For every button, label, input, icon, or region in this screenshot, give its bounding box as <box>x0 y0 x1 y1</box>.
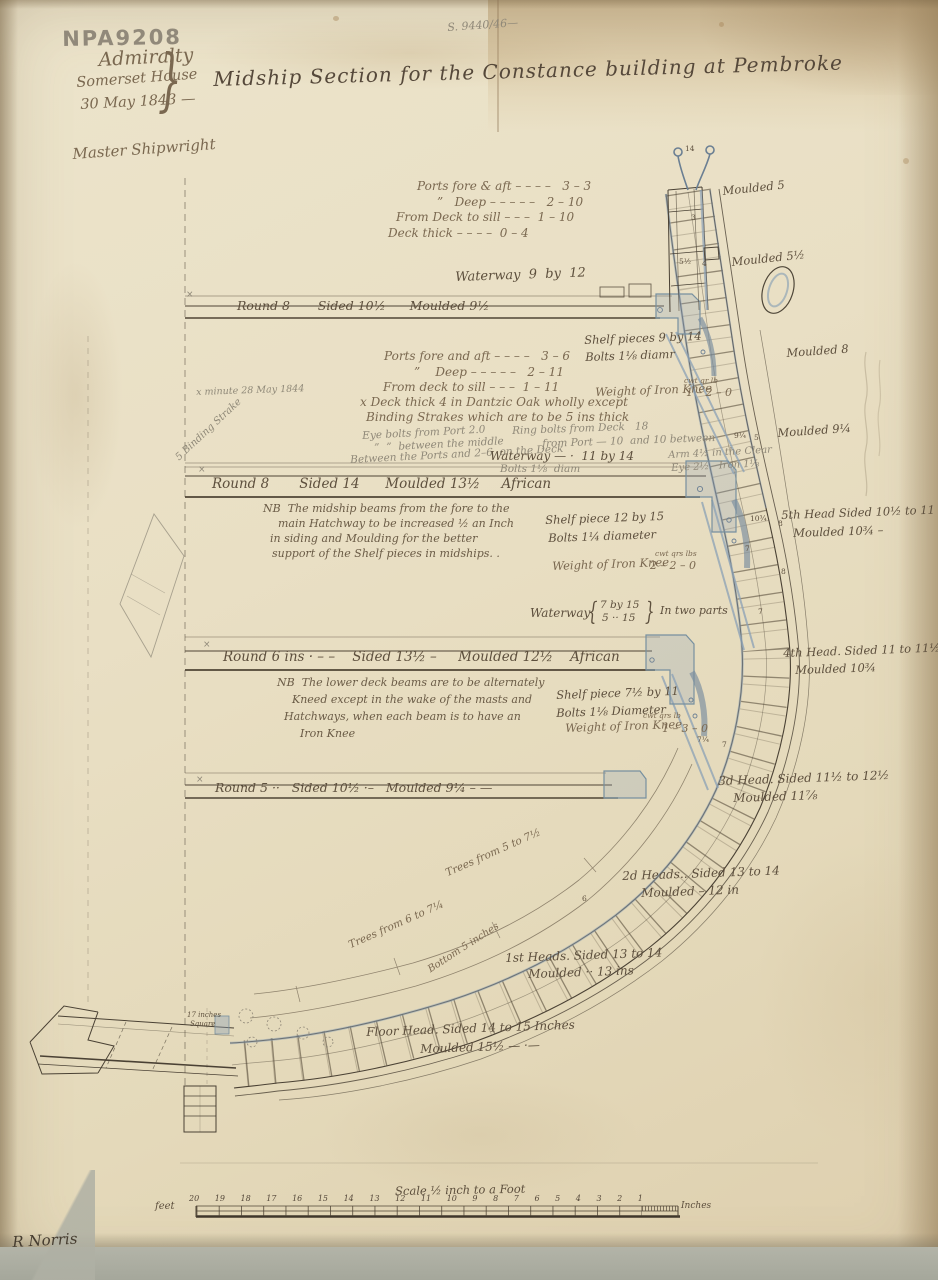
scale-feet-numbers: 20 19 18 17 16 15 14 13 12 11 10 9 8 7 6… <box>189 1194 643 1203</box>
frame-number: 5½ <box>679 258 691 266</box>
shelf1-knee-value: 1 – 2 – 0 <box>686 387 732 399</box>
arm-note-2: Eye 2½ Iron 1⅛ <box>671 458 760 474</box>
scale-foot-number: 7 <box>514 1194 519 1203</box>
main-waterway-bolts: Bolts 1⅛ diam <box>500 464 580 476</box>
frame-number: 7¼ <box>697 736 709 744</box>
nb2-line3: Hatchways, when each beam is to have an <box>284 711 521 723</box>
head1-line2: Moulded ·· 13 ins <box>528 964 634 981</box>
nb2-line4: Iron Knee <box>300 728 355 740</box>
deck2-scantling-label: Round 8 Sided 14 Moulded 13½ African <box>212 477 551 492</box>
frame-number: 5 <box>754 434 759 442</box>
scale-feet-label: feet <box>155 1201 175 1212</box>
deck-end-cross: × <box>198 466 206 476</box>
shelf2-bolts: Bolts 1¼ diameter <box>548 528 656 544</box>
binding-strake-note: 5 Binding Strake <box>173 396 243 463</box>
upper-dims-line3: From Deck to sill – – – 1 – 10 <box>396 211 574 224</box>
nb1-line4: support of the Shelf pieces in midships.… <box>272 548 500 560</box>
upper-waterway-note: Waterway 9 by 12 <box>455 266 586 285</box>
head5-line2: Moulded 10¾ – <box>793 524 884 540</box>
head5-line1: 5th Head Sided 10½ to 11 <box>781 504 935 522</box>
main-dims-line2: ” Deep – – – – – 2 – 11 <box>414 366 564 379</box>
mid-waterway-label: Waterway <box>530 607 590 620</box>
shelf2-knee-value: 2 – 2 – 0 <box>650 560 696 572</box>
floor-head-line2: Moulded 15½ — ·— <box>420 1039 540 1056</box>
mid-waterway-note: In two parts <box>660 605 728 617</box>
master-shipwright-label: Master Shipwright <box>72 136 216 162</box>
nb1-line1: NB The midship beams from the fore to th… <box>263 503 510 515</box>
floor-head-line1: Floor Head. Sided 14 to 15 Inches <box>366 1019 575 1039</box>
scale-foot-number: 4 <box>576 1194 581 1203</box>
shelf1-bolts: Bolts 1⅛ diamr <box>585 348 675 364</box>
frame-number: 6 <box>582 895 587 903</box>
frame-number: 4 <box>702 260 707 268</box>
nb2-line2: Kneed except in the wake of the masts an… <box>292 694 532 706</box>
deck-end-cross: × <box>186 291 194 301</box>
frame-number: 10¾ <box>750 515 767 523</box>
frame-number: 9¼ <box>734 432 746 440</box>
scale-foot-number: 19 <box>215 1194 225 1203</box>
frame-number: 3 <box>691 214 696 222</box>
scale-foot-number: 8 <box>493 1194 498 1203</box>
deck4-scantling-label: Round 5 ·· Sided 10½ ·– Moulded 9¼ – — <box>215 781 492 795</box>
scale-foot-number: 12 <box>395 1194 405 1203</box>
mid-waterway-option2: 5 ·· 15 <box>602 613 635 625</box>
shelf1-knee-units: cwt qr lb <box>684 377 718 385</box>
main-waterway-note: Waterway — · 11 by 14 <box>490 450 634 463</box>
shelf2-knee-units: cwt qrs lbs <box>655 550 697 558</box>
shelf3-knee-units: cwt qrs lb <box>643 712 681 720</box>
scale-foot-number: 15 <box>318 1194 328 1203</box>
top-timber-mark: 14 <box>685 145 695 153</box>
nb1-line3: in siding and Moulding for the better <box>270 533 477 545</box>
nb1-line2: main Hatchway to be increased ½ an Inch <box>278 518 514 530</box>
frame-number: 7 <box>758 608 763 616</box>
scale-foot-number: 3 <box>596 1194 601 1203</box>
scale-foot-number: 13 <box>369 1194 379 1203</box>
upper-dims-line4: Deck thick – – – – 0 – 4 <box>388 227 529 240</box>
drawing-sheet: NPA9208 S. 9440/46— Admiralty Somerset H… <box>0 0 938 1280</box>
stamp-brace: } <box>158 44 182 119</box>
head2-line2: Moulded – 12 in <box>641 884 739 901</box>
mid-waterway-brace-right: } <box>645 598 655 626</box>
annotations: NPA9208 S. 9440/46— Admiralty Somerset H… <box>0 0 938 1280</box>
deck1-scantling-label: Round 8 Sided 10½ Moulded 9½ <box>237 299 489 313</box>
deck-end-cross: × <box>203 641 211 651</box>
diagonal-label-2: Trees from 6 to 7¼ <box>347 899 445 951</box>
head2-line1: 2d Heads.. Sided 13 to 14 <box>622 864 780 883</box>
reference-number: S. 9440/46— <box>447 17 519 34</box>
main-dims-line4: x Deck thick 4 in Dantzic Oak wholly exc… <box>360 396 628 409</box>
scale-foot-number: 10 <box>447 1194 457 1203</box>
head4-line1: 4th Head. Sided 11 to 11½ <box>783 642 938 660</box>
keel-square-line2: Square <box>190 1021 215 1029</box>
signature: R Norris <box>12 1231 78 1251</box>
nb2-line1: NB The lower deck beams are to be altern… <box>277 677 545 689</box>
shelf3-knee-value: 1 – 3 – 0 <box>662 723 708 735</box>
scale-foot-number: 5 <box>555 1194 560 1203</box>
moulded-mark-8: Moulded 8 <box>786 343 849 360</box>
keel-square-line1: 17 inches <box>187 1012 221 1020</box>
frame-number: 7 <box>745 545 750 553</box>
main-dims-line1: Ports fore and aft – – – – 3 – 6 <box>384 350 570 363</box>
scale-foot-number: 14 <box>344 1194 354 1203</box>
diagonal-label-3: Bottom 5 inches <box>426 921 501 975</box>
head3-line1: 3d Head. Sided 11½ to 12½ <box>718 769 889 788</box>
shelf2-piece: Shelf piece 12 by 15 <box>545 510 664 527</box>
frame-number: 8 <box>781 568 786 576</box>
drawing-title: Midship Section for the Constance buildi… <box>213 52 843 90</box>
main-dims-line3: From deck to sill – – – 1 – 11 <box>383 381 559 394</box>
diagonal-label-1: Trees from 5 to 7½ <box>444 827 542 879</box>
mid-waterway-option1: 7 by 15 <box>600 600 639 612</box>
shelf3-piece: Shelf piece 7½ by 11 <box>556 685 679 702</box>
upper-dims-line1: Ports fore & aft – – – – 3 – 3 <box>417 180 591 193</box>
mid-waterway-brace-left: { <box>588 598 598 626</box>
head3-line2: Moulded 11⅞ <box>733 789 818 805</box>
scale-inches-label: Inches <box>681 1202 711 1212</box>
frame-number: 7 <box>722 741 727 749</box>
scale-foot-number: 2 <box>617 1194 622 1203</box>
scale-foot-number: 11 <box>421 1194 431 1203</box>
scale-foot-number: 20 <box>189 1194 199 1203</box>
scale-foot-number: 18 <box>241 1194 251 1203</box>
head4-line2: Moulded 10¾ <box>795 661 876 676</box>
moulded-mark-5: Moulded 5 <box>722 178 785 197</box>
scale-foot-number: 1 <box>638 1194 643 1203</box>
head1-line1: 1st Heads. Sided 13 to 14 <box>505 947 663 966</box>
frame-number: 8 <box>778 520 783 528</box>
scale-foot-number: 9 <box>472 1194 477 1203</box>
moulded-mark-5half: Moulded 5½ <box>731 248 805 268</box>
shelf1-piece: Shelf pieces 9 by 14 <box>584 330 702 347</box>
deck3-scantling-label: Round 6 ins · – – Sided 13½ – Moulded 12… <box>223 650 620 665</box>
moulded-mark-9quarter: Moulded 9¼ <box>777 422 851 440</box>
scale-foot-number: 16 <box>292 1194 302 1203</box>
upper-dims-line2: ” Deep – – – – – 2 – 10 <box>437 196 583 209</box>
scale-foot-number: 6 <box>534 1194 539 1203</box>
deck-end-cross: × <box>196 776 204 786</box>
minute-note: x minute 28 May 1844 <box>196 384 304 398</box>
scale-foot-number: 17 <box>266 1194 276 1203</box>
